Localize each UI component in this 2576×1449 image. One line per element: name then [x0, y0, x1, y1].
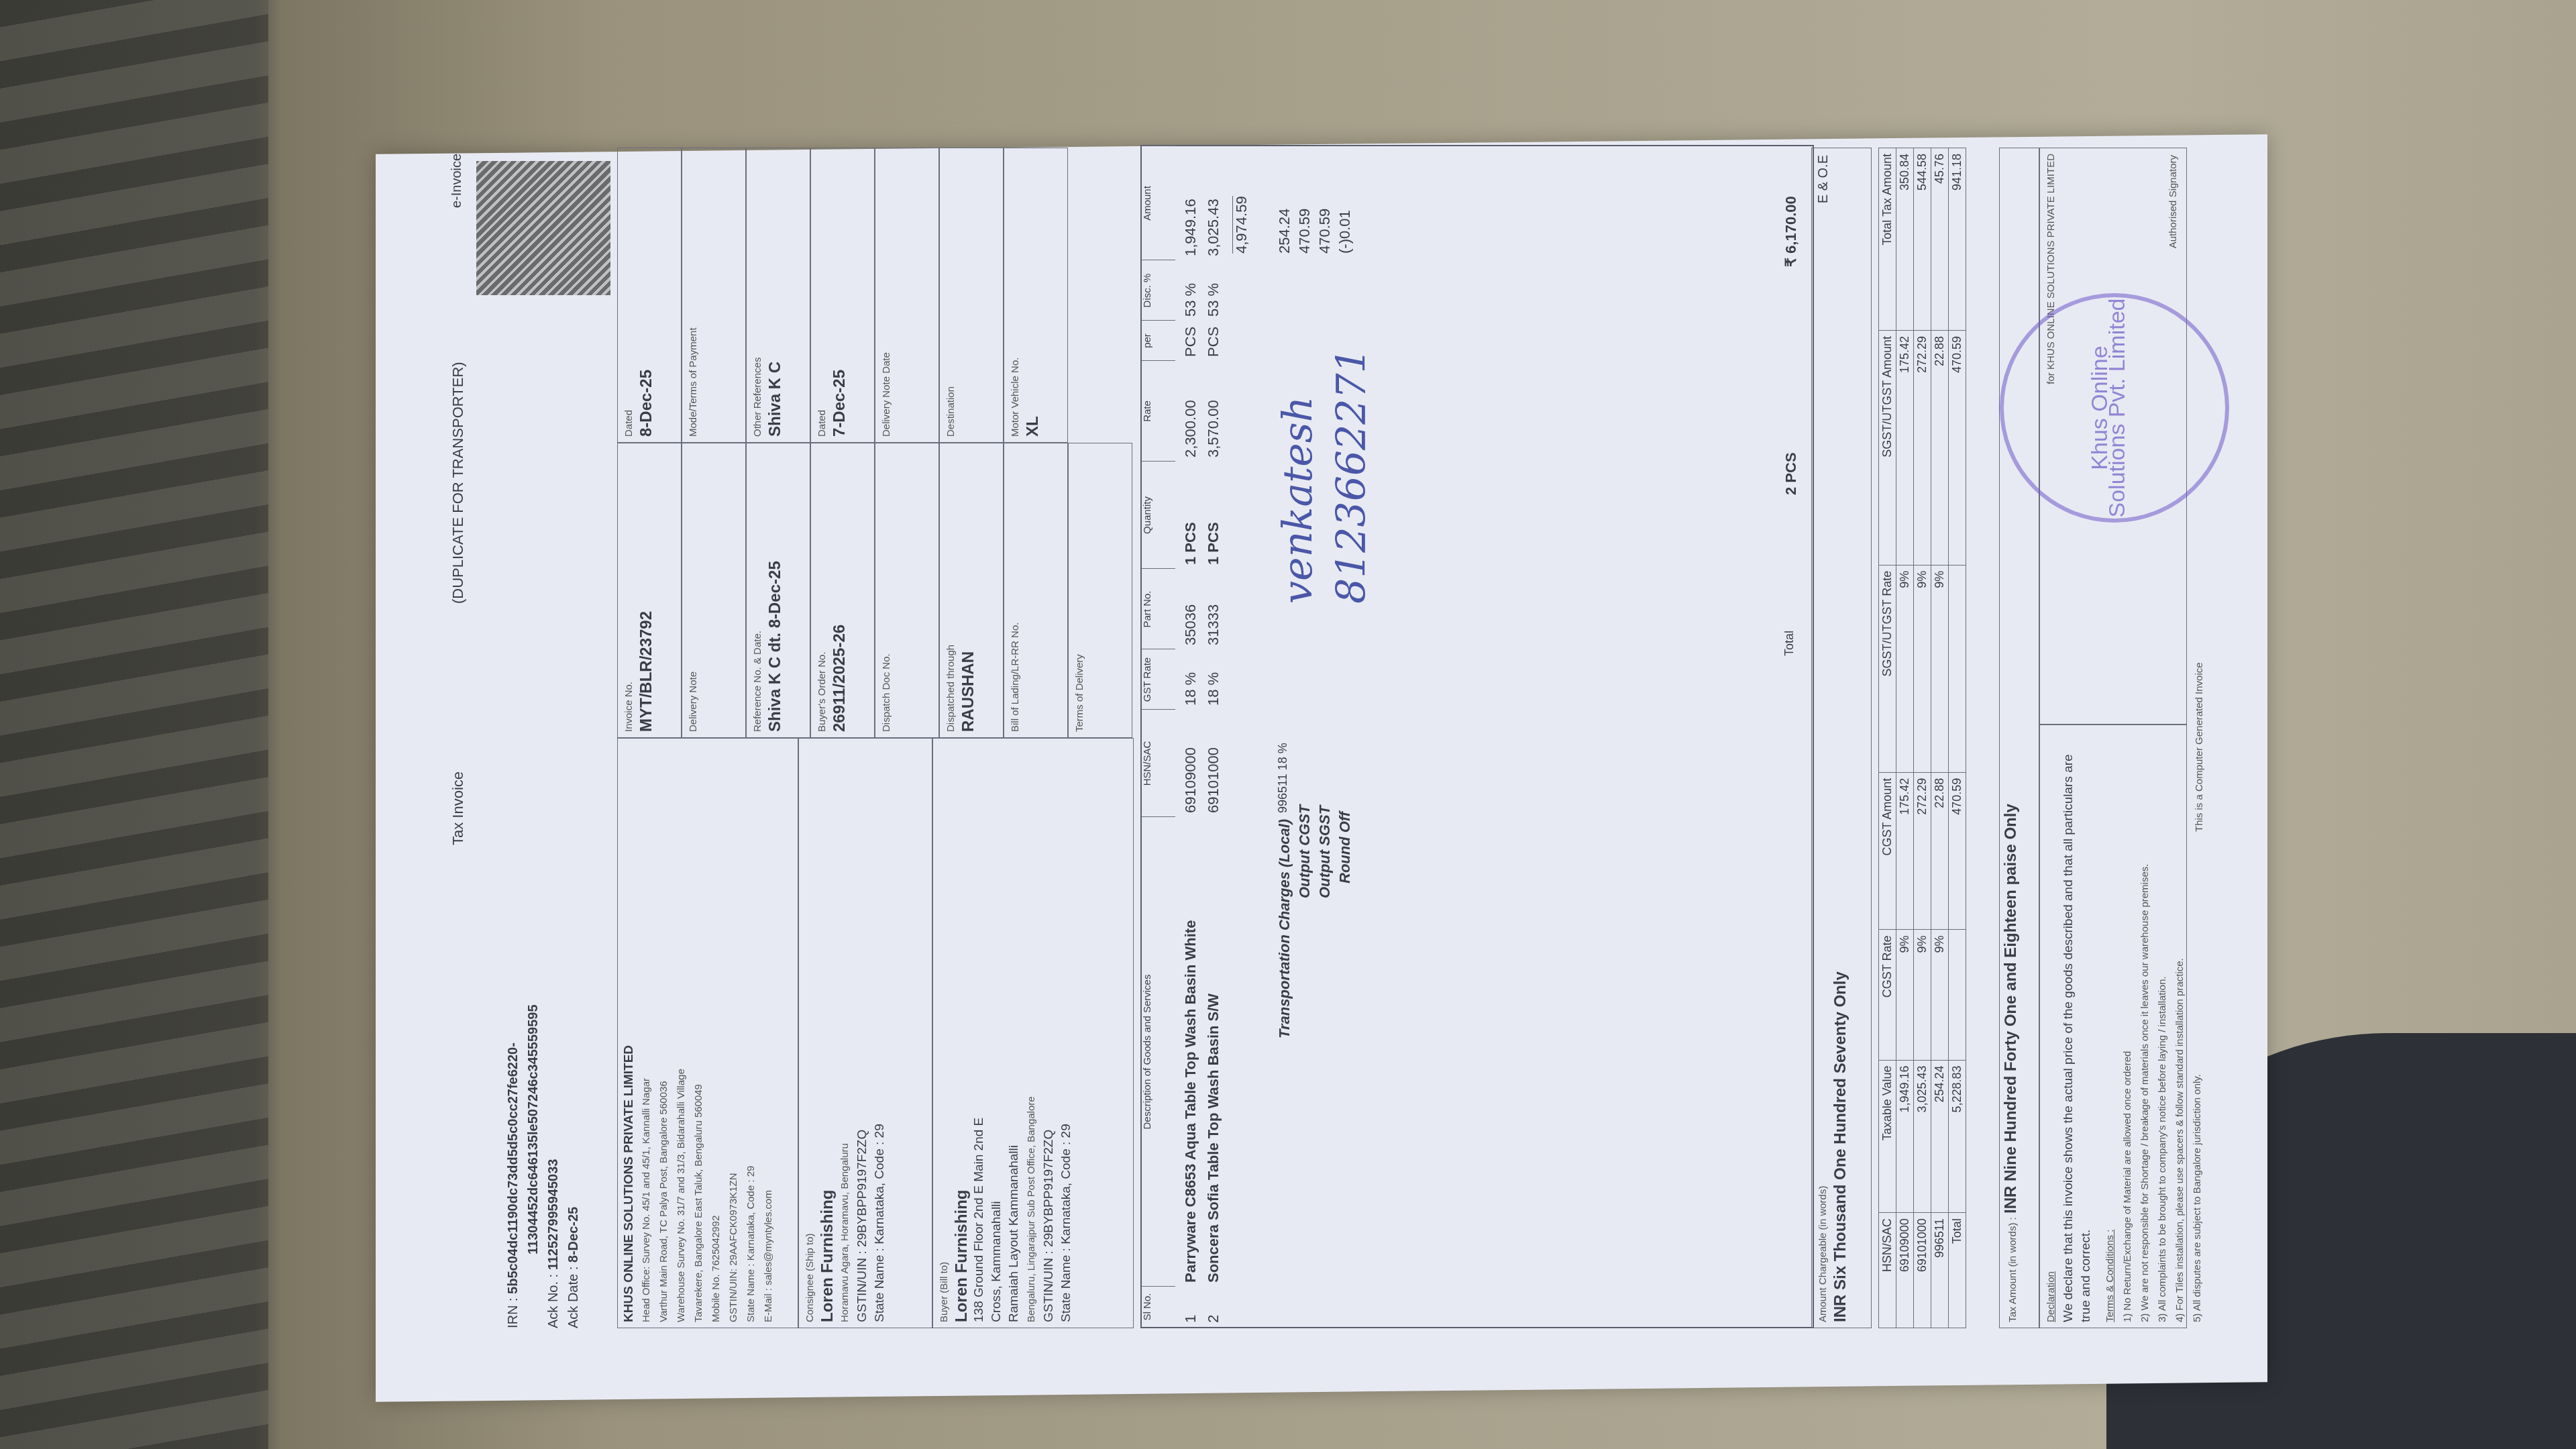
amount-words-value: INR Six Thousand One Hundred Seventy Onl… [1832, 154, 1849, 1322]
column-header: HSN/SAC [1142, 709, 1175, 817]
irn-block: IRN : 5b5c04dc1190dc73dd5d5c0cc27fe6220-… [503, 1004, 584, 1328]
ack-date-value: 8-Dec-25 [566, 1207, 581, 1263]
terms-line: 1) No Return/Exchange of Material are al… [2119, 731, 2137, 1322]
meta-value: XL [1024, 154, 1042, 437]
meta-value: 26911/2025-26 [831, 449, 849, 732]
buyer-address: Bengaluru, Lingarajpur Sub Post Office, … [1023, 744, 1040, 1322]
invoice-meta-field: Terms of Delivery [1068, 443, 1132, 738]
irn-value-2: 11304452dc646135le507246c345559595 [526, 1004, 541, 1254]
buyer-address: Cross, Kammanahalli [988, 744, 1006, 1322]
column-header: GST Rate [1142, 649, 1175, 710]
meta-label: Invoice No. [621, 449, 638, 732]
column-header: Disc. % [1142, 260, 1175, 321]
invoice-meta-field: Destination [939, 148, 1004, 443]
buyer-name: Loren Furnishing [953, 744, 971, 1322]
tax-cell: Total Tax Amount [1879, 148, 1896, 331]
seller-address: Varthur Main Road, TC Palya Post, Bangal… [655, 744, 673, 1322]
ack-no-label: Ack No. [546, 1281, 561, 1328]
charge-label: Round Off [1336, 812, 1354, 883]
invoice-meta-field: Invoice No.MYT/BLR/23792 [617, 443, 682, 738]
tax-cell: Total [1949, 1213, 1966, 1328]
buyer-state: State Name : Karnataka, Code : 29 [1058, 744, 1075, 1322]
charge-label: Transportation Charges (Local) [1276, 819, 1293, 1038]
terms-line: 4) For Tiles installation, please use sp… [2171, 731, 2189, 1322]
meta-label: Terms of Delivery [1071, 449, 1089, 732]
eoe-label: E & O.E [1815, 155, 1832, 203]
tax-cell: 350.84 [1896, 148, 1914, 331]
tax-cell: 69109000 [1896, 1213, 1914, 1328]
meta-value: MYT/BLR/23792 [638, 449, 655, 732]
buyer-address: Ramaiah Layout Kammanahalli [1006, 744, 1023, 1322]
item-cell-rate: 3,570.00 [1205, 400, 1222, 458]
tax-cell: 9% [1914, 930, 1931, 1060]
charge-amount: 254.24 [1276, 209, 1293, 254]
item-cell-part: 31333 [1205, 604, 1222, 645]
column-header: per [1142, 320, 1175, 361]
invoice-title: Tax Invoice [449, 771, 467, 845]
irn-label: IRN [506, 1305, 521, 1328]
tax-cell: 22.88 [1931, 330, 1949, 565]
tax-cell: HSN/SAC [1879, 1213, 1896, 1328]
item-cell-hsn: 69109000 [1182, 747, 1199, 813]
tax-cell: 470.59 [1949, 772, 1966, 930]
tax-cell: 941.18 [1949, 148, 1966, 331]
tax-cell: 544.58 [1914, 148, 1931, 331]
column-header: Quantity [1142, 461, 1175, 569]
column-header: Part No. [1142, 568, 1175, 649]
subtotal-amount: 4,974.59 [1232, 196, 1250, 254]
column-header: Rate [1142, 360, 1175, 462]
seller-address: Warehouse Survey No. 31/7 and 31/3, Bida… [673, 744, 690, 1322]
invoice-meta-field: Dispatched throughRAUSHAN [939, 443, 1004, 738]
consignee-state: State Name : Karnataka, Code : 29 [871, 744, 889, 1322]
total-label: Total [1782, 631, 1796, 656]
tax-cell: 9% [1896, 930, 1914, 1060]
item-cell-sl: 1 [1182, 1315, 1199, 1323]
declaration-text: We declare that this invoice shows the a… [2060, 731, 2095, 1322]
charge-label: Output SGST [1316, 806, 1334, 898]
terms-label: Terms & Conditions : [2102, 731, 2119, 1322]
invoice-meta-field: Reference No. & Date.Shiva K C dt. 8-Dec… [746, 443, 810, 738]
item-cell-desc: Soncera Sofia Table Top Wash Basin S/W [1205, 994, 1222, 1283]
meta-label: Mode/Terms of Payment [685, 154, 702, 437]
authorised-signatory-label: Authorised Signatory [2165, 155, 2182, 248]
amount-words-box: Amount Chargeable (in words) INR Six Tho… [1811, 148, 1872, 1328]
invoice-meta-field: Other ReferencesShiva K C [746, 148, 810, 443]
declaration-box: Declaration We declare that this invoice… [2039, 724, 2187, 1328]
tax-cell [1949, 930, 1966, 1060]
irn-value-1: 5b5c04dc1190dc73dd5d5c0cc27fe6220- [506, 1042, 521, 1294]
invoice-meta-field: Delivery Note [682, 443, 746, 738]
item-cell-part: 35036 [1182, 604, 1199, 645]
item-cell-amount: 1,949.16 [1182, 199, 1199, 256]
consignee-name: Loren Furnishing [819, 744, 837, 1322]
column-header: Amount [1142, 146, 1175, 260]
tax-cell: Taxable Value [1879, 1060, 1896, 1213]
tax-cell: SGST/UTGST Amount [1879, 330, 1896, 565]
signature-box: for KHUS ONLINE SOLUTIONS PRIVATE LIMITE… [2039, 148, 2187, 724]
meta-label: Dated [621, 154, 638, 437]
seller-box: KHUS ONLINE SOLUTIONS PRIVATE LIMITED He… [617, 738, 798, 1328]
item-cell-sl: 2 [1205, 1315, 1222, 1323]
item-cell-gst: 18 % [1182, 672, 1199, 706]
stamp-text: Khus Online Solutions Pvt. Limited [2091, 297, 2126, 519]
seller-name: KHUS ONLINE SOLUTIONS PRIVATE LIMITED [621, 744, 638, 1322]
charge-hsn: 996511 18 % [1276, 743, 1290, 813]
invoice-meta-field: Mode/Terms of Payment [682, 148, 746, 443]
einvoice-label: e-Invoice [449, 154, 465, 208]
terms-line: 3) All complaints to be brought to compa… [2154, 731, 2171, 1322]
item-cell-per: PCS [1205, 327, 1222, 357]
consignee-box: Consignee (Ship to) Loren Furnishing Hor… [798, 738, 932, 1328]
copy-label: (DUPLICATE FOR TRANSPORTER) [449, 362, 467, 604]
tax-cell: 9% [1931, 930, 1949, 1060]
handwritten-phone: 8123662271 [1328, 347, 1375, 604]
items-table: Sl No.Description of Goods and ServicesH… [1140, 145, 1814, 1328]
meta-label: Dispatched through [943, 449, 960, 732]
item-cell-qty: 1 PCS [1205, 522, 1222, 565]
tax-words-box: Tax Amount (in words) : INR Nine Hundred… [1999, 148, 2039, 1328]
consignee-address: Horamavu Agara, Horamavu, Bengaluru [837, 744, 854, 1322]
meta-label: Motor Vehicle No. [1007, 154, 1024, 437]
tax-cell: CGST Rate [1879, 930, 1896, 1060]
buyer-label: Buyer (Bill to) [936, 744, 953, 1322]
tax-cell: 272.29 [1914, 772, 1931, 930]
charge-amount: (-)0.01 [1336, 210, 1354, 254]
tax-cell: 996511 [1931, 1213, 1949, 1328]
buyer-address: 138 Ground Floor 2nd E Main 2nd E [971, 744, 988, 1322]
tax-cell: 470.59 [1949, 330, 1966, 565]
tax-cell: 9% [1914, 565, 1931, 772]
tax-cell: 9% [1931, 565, 1949, 772]
total-amount: ₹ 6,170.00 [1782, 196, 1800, 267]
meta-label: Dated [814, 154, 831, 437]
tax-cell: 272.29 [1914, 330, 1931, 565]
meta-label: Other References [749, 154, 767, 437]
tax-cell: 3,025.43 [1914, 1060, 1931, 1213]
meta-label: Bill of Lading/LR-RR No. [1007, 449, 1024, 732]
qr-code-icon [476, 161, 610, 295]
item-cell-rate: 2,300.00 [1182, 400, 1199, 458]
column-header: Sl No. [1142, 1286, 1175, 1327]
column-header: Description of Goods and Services [1142, 816, 1175, 1287]
item-cell-qty: 1 PCS [1182, 522, 1199, 565]
item-cell-desc: Parryware C8653 Aqua Table Top Wash Basi… [1182, 920, 1199, 1283]
meta-value: 7-Dec-25 [831, 154, 849, 437]
meta-label: Delivery Note Date [878, 154, 896, 437]
tax-cell: 69101000 [1914, 1213, 1931, 1328]
item-cell-disc: 53 % [1182, 283, 1199, 317]
tax-cell: 9% [1896, 565, 1914, 772]
tax-cell: 254.24 [1931, 1060, 1949, 1213]
invoice-meta-field: Delivery Note Date [875, 148, 939, 443]
tax-cell: CGST Amount [1879, 772, 1896, 930]
item-cell-disc: 53 % [1205, 283, 1222, 317]
invoice-meta-field: Motor Vehicle No.XL [1004, 148, 1068, 443]
tax-cell: 22.88 [1931, 772, 1949, 930]
meta-value: Shiva K C [767, 154, 784, 437]
company-stamp: Khus Online Solutions Pvt. Limited [2000, 293, 2229, 523]
floor-background [0, 0, 268, 1449]
invoice-meta-field: Dated7-Dec-25 [810, 148, 875, 443]
declaration-label: Declaration [2043, 731, 2060, 1322]
buyer-box: Buyer (Bill to) Loren Furnishing 138 Gro… [932, 738, 1134, 1328]
seller-address: Head Office: Survey No. 45/1 and 45/1, K… [638, 744, 655, 1322]
meta-label: Delivery Note [685, 449, 702, 732]
tax-cell: SGST/UTGST Rate [1879, 565, 1896, 772]
meta-label: Dispatch Doc No. [878, 449, 896, 732]
total-quantity: 2 PCS [1782, 452, 1800, 495]
tax-cell: 175.42 [1896, 772, 1914, 930]
item-cell-gst: 18 % [1205, 672, 1222, 706]
charge-amount: 470.59 [1316, 209, 1334, 254]
buyer-gstin: GSTIN/UIN : 29BYBPP9197F2ZQ [1040, 744, 1058, 1322]
meta-value: Shiva K C dt. 8-Dec-25 [767, 449, 784, 732]
seller-gstin: GSTIN/UIN: 29AAFCK0973K1ZN [725, 744, 743, 1322]
tax-words-label: Tax Amount (in words) : [2007, 1217, 2019, 1322]
tax-cell [1949, 565, 1966, 772]
ack-date-label: Ack Date [566, 1274, 581, 1328]
consignee-label: Consignee (Ship to) [802, 744, 819, 1322]
invoice-meta-field: Dated8-Dec-25 [617, 148, 682, 443]
item-cell-amount: 3,025.43 [1205, 199, 1222, 256]
meta-value: 8-Dec-25 [638, 154, 655, 437]
handwritten-name: venkatesh [1275, 396, 1322, 604]
terms-line: 2) We are not responsible for Shortage /… [2137, 731, 2154, 1322]
seller-state: State Name : Karnataka, Code : 29 [743, 744, 760, 1322]
invoice-meta-field: Buyer's Order No.26911/2025-26 [810, 443, 875, 738]
tax-cell: 45.76 [1931, 148, 1949, 331]
meta-label: Buyer's Order No. [814, 449, 831, 732]
item-cell-hsn: 69101000 [1205, 747, 1222, 813]
tax-cell: 175.42 [1896, 330, 1914, 565]
meta-label: Destination [943, 154, 960, 437]
tax-cell: 1,949.16 [1896, 1060, 1914, 1213]
meta-value: RAUSHAN [960, 449, 977, 732]
invoice-meta-field: Bill of Lading/LR-RR No. [1004, 443, 1068, 738]
seller-email: E-Mail : sales@myntyles.com [760, 744, 777, 1322]
tax-words-value: INR Nine Hundred Forty One and Eighteen … [2002, 804, 2020, 1214]
charge-amount: 470.59 [1296, 209, 1313, 254]
seller-mobile: Mobile No. 7625042992 [708, 744, 725, 1322]
consignee-gstin: GSTIN/UIN : 29BYBPP9197F2ZQ [854, 744, 871, 1322]
meta-label: Reference No. & Date. [749, 449, 767, 732]
invoice-meta-field: Dispatch Doc No. [875, 443, 939, 738]
amount-words-label: Amount Chargeable (in words) [1815, 154, 1832, 1322]
seller-address: Tavarekere, Bangalore East Taluk, Bengal… [690, 744, 708, 1322]
charge-label: Output CGST [1296, 805, 1313, 898]
footer-note: This is a Computer Generated Invoice [2194, 662, 2205, 832]
item-cell-per: PCS [1182, 327, 1199, 357]
ack-no-value: 112527995945033 [546, 1159, 561, 1271]
tax-summary-table: HSN/SACTaxable ValueCGST RateCGST Amount… [1878, 148, 1966, 1328]
tax-cell: 5,228.83 [1949, 1060, 1966, 1213]
invoice-sheet: Tax Invoice (DUPLICATE FOR TRANSPORTER) … [436, 134, 2214, 1342]
